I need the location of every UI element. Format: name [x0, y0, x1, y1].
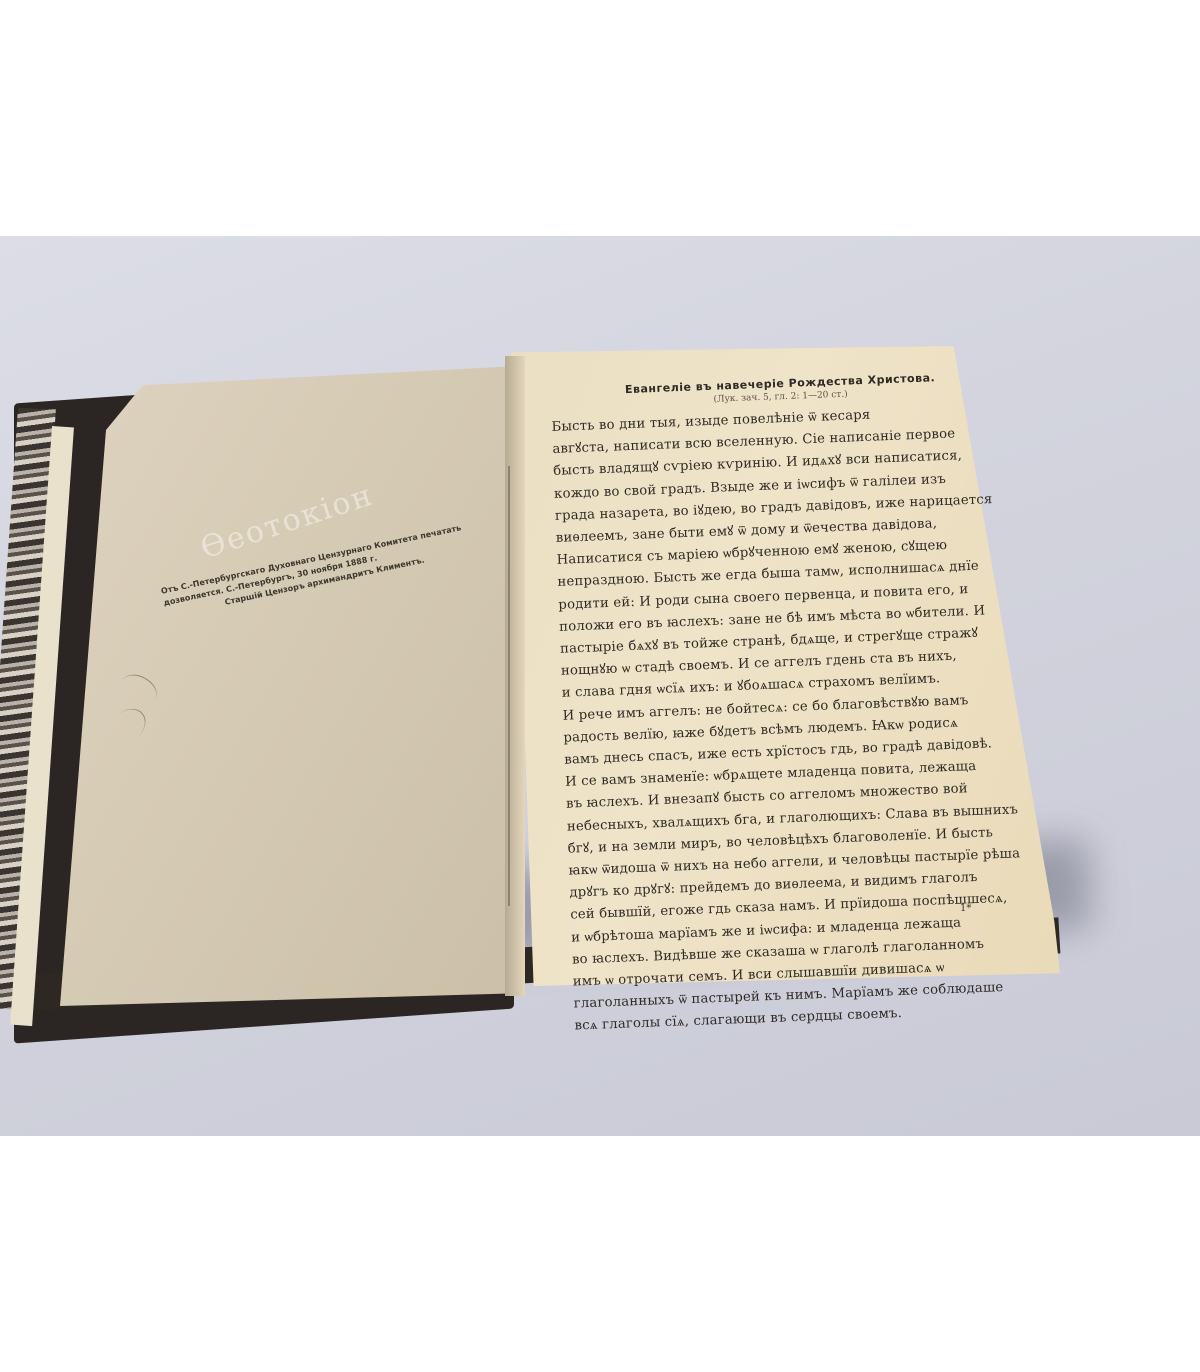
- page-signature-mark: 1*: [960, 903, 971, 914]
- open-book: Ѳеотокіон Отъ С.-Петербургскаго Духовнаг…: [0, 236, 1200, 1136]
- book-photo: Ѳеотокіон Отъ С.-Петербургскаго Духовнаг…: [0, 236, 1200, 1136]
- gutter-fold: [508, 466, 510, 906]
- gospel-text-block: Евангеліе въ навечеріе Рождества Христов…: [550, 369, 1015, 1038]
